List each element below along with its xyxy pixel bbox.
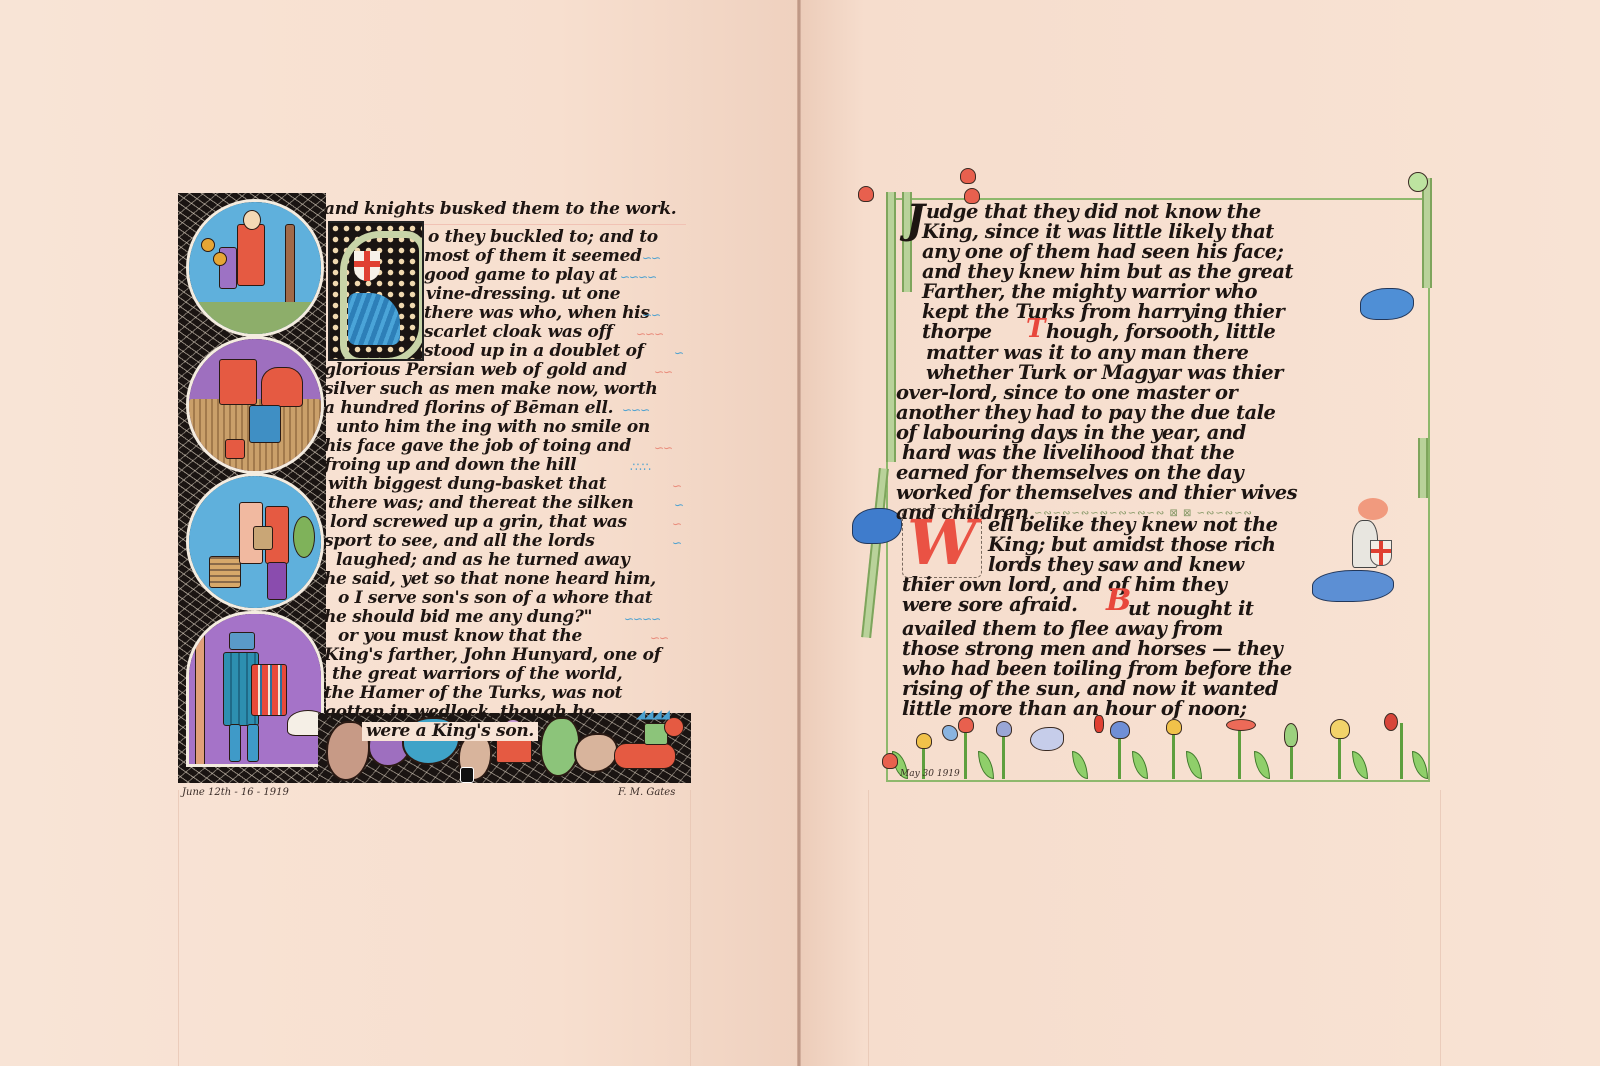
text-line: thorpe xyxy=(922,321,992,342)
yellow-pansy-icon xyxy=(916,733,932,749)
text-line: there was who, when his xyxy=(424,304,650,323)
text-line: King; but amidst those rich xyxy=(988,534,1275,555)
text-line: Farther, the mighty warrior who xyxy=(922,281,1257,302)
red-carnation-icon xyxy=(1226,719,1256,731)
blue-dragon-mount-icon xyxy=(1312,570,1394,602)
text-line: froing up and down the hill xyxy=(324,456,576,475)
text-line: whether Turk or Magyar was thier xyxy=(926,362,1283,383)
red-dragonfly-icon xyxy=(1094,715,1104,733)
line-filler-icon: ∽∽ xyxy=(654,441,672,455)
text-line: lord screwed up a grin, that was xyxy=(330,513,627,532)
green-ring-icon xyxy=(1408,172,1428,192)
text-line: those strong men and horses — they xyxy=(902,638,1282,659)
margin-rule xyxy=(1440,790,1441,1066)
red-flower-icon xyxy=(858,186,874,202)
vine-ornament xyxy=(1418,438,1428,498)
line-filler-icon: ∽∽∽∽ xyxy=(620,270,656,284)
left-signature-name: F. M. Gates xyxy=(618,787,675,798)
rubric-initial-t: T xyxy=(1026,319,1045,340)
text-line: his face gave the job of toing and xyxy=(324,437,631,456)
margin-rule xyxy=(690,790,691,1066)
text-line: matter was it to any man there xyxy=(926,342,1248,363)
yellow-tulip-icon xyxy=(1166,719,1182,735)
initial-j-stem xyxy=(886,192,896,462)
red-poppy-icon xyxy=(958,717,974,733)
text-line: the great warriors of the world, xyxy=(332,665,622,684)
text-line: ell belike they knew not the xyxy=(988,514,1278,535)
line-filler-icon: ∽ xyxy=(672,517,681,531)
text-line: thier own lord, and of him they xyxy=(902,574,1227,595)
line-filler-icon: ∽ xyxy=(674,346,683,360)
text-line: and they knew him but as the great xyxy=(922,261,1293,282)
text-line: gotten in wedlock, though he xyxy=(324,703,595,722)
line-filler-icon: ◢◢◢◢ xyxy=(636,707,669,721)
text-line: there was; and thereat the silken xyxy=(328,494,633,513)
roundel-harvest-icon xyxy=(186,473,324,611)
blue-bird-icon xyxy=(852,508,902,544)
text-line: availed them to flee away from xyxy=(902,618,1223,639)
text-line: of labouring days in the year, and xyxy=(896,422,1246,443)
yellow-iris-icon xyxy=(1330,719,1350,739)
line-filler-icon: ∴∵∴ xyxy=(630,460,650,474)
red-flower-icon xyxy=(960,168,976,184)
text-line: with biggest dung-basket that xyxy=(328,475,606,494)
page-gutter xyxy=(797,0,801,1066)
margin-rule xyxy=(868,790,869,1066)
text-line: vine-dressing. ut one xyxy=(426,285,620,304)
text-line: any one of them had seen his face; xyxy=(922,241,1283,262)
text-line: hough, forsooth, little xyxy=(1046,321,1275,342)
text-line: who had been toiling from before the xyxy=(902,658,1292,679)
text-line: kept the Turks from harrying thier xyxy=(922,301,1284,322)
text-line: worked for themselves and thier wives xyxy=(896,482,1297,503)
red-beetle-icon xyxy=(1384,713,1398,731)
text-line: rising of the sun, and now it wanted xyxy=(902,678,1278,699)
text-line: another they had to pay the due tale xyxy=(896,402,1275,423)
line-filler-icon: ∽ xyxy=(674,498,683,512)
text-line: good game to play at xyxy=(424,266,617,285)
text-line: sport to see, and all the lords xyxy=(324,532,595,551)
thistle-icon xyxy=(996,721,1012,737)
line-filler-icon: ∽ xyxy=(672,536,681,550)
vine-ornament xyxy=(861,468,889,638)
text-line: were a King's son. xyxy=(362,722,538,741)
line-filler-icon: ∽∽∽ xyxy=(636,327,663,341)
text-line: lords they saw and knew xyxy=(988,554,1244,575)
roundel-reaping-icon xyxy=(186,336,324,474)
margin-rule xyxy=(178,790,179,1066)
text-line: a hundred florins of Bēman ell. xyxy=(324,399,613,418)
right-signature-date: May 30 1919 xyxy=(900,769,960,779)
text-line: over-lord, since to one master or xyxy=(896,382,1237,403)
text-line: laughed; and as he turned away xyxy=(336,551,629,570)
plume-icon xyxy=(1358,498,1388,520)
line-filler-icon: ∽ xyxy=(672,479,681,493)
text-line: udge that they did not know the xyxy=(926,201,1261,222)
vine-ornament xyxy=(1422,178,1432,288)
text-line: scarlet cloak was off xyxy=(424,323,613,342)
text-line: and knights busked them to the work. xyxy=(324,200,676,219)
text-line: King's farther, John Hunyard, one of xyxy=(324,646,661,665)
right-illuminated-page: J udge that they did not know the King, … xyxy=(862,168,1442,788)
blue-butterfly-icon xyxy=(942,725,958,741)
line-filler-icon: ∽∽ xyxy=(642,308,660,322)
left-decorated-border xyxy=(178,193,326,783)
text-line: he said, yet so that none heard him, xyxy=(324,570,656,589)
text-line: King, since it was little likely that xyxy=(922,221,1274,242)
line-filler-icon: ∽∽ xyxy=(650,631,668,645)
blue-dragon-icon xyxy=(1360,288,1414,320)
text-line: or you must know that the xyxy=(338,627,582,646)
line-filler-icon: ∽∽ xyxy=(642,251,660,265)
white-dove-icon xyxy=(1030,727,1064,751)
left-signature-date: June 12th - 16 - 1919 xyxy=(182,787,289,798)
text-line: silver such as men make now, worth xyxy=(324,380,657,399)
rubric-initial-w: W xyxy=(907,510,977,576)
line-filler-icon: ∽∽∽ xyxy=(622,403,649,417)
small-black-square-icon xyxy=(460,767,474,783)
left-illuminated-page: and knights busked them to the work. o t… xyxy=(178,193,691,783)
roundel-digging-icon xyxy=(186,199,324,337)
pink-flower-icon xyxy=(882,753,898,769)
text-line: were sore afraid. xyxy=(902,594,1077,615)
text-line: ut nought it xyxy=(1128,598,1253,619)
text-line: the Hamer of the Turks, was not xyxy=(324,684,622,703)
green-bud-icon xyxy=(1284,723,1298,747)
text-line: earned for themselves on the day xyxy=(896,462,1243,483)
text-line: glorious Persian web of gold and xyxy=(324,361,627,380)
text-line: stood up in a doublet of xyxy=(424,342,644,361)
line-filler-icon: ∽∽∽∽ xyxy=(624,612,660,626)
text-line: o I serve son's son of a whore that xyxy=(338,589,652,608)
roundel-hunt-icon xyxy=(186,611,324,767)
flower-border xyxy=(882,713,1442,783)
text-line: o they buckled to; and to xyxy=(428,228,658,247)
text-line: most of them it seemed xyxy=(424,247,642,266)
text-line: he should bid me any dung?" xyxy=(324,608,592,627)
illuminated-initial-s-icon xyxy=(328,221,424,361)
blue-iris-icon xyxy=(1110,721,1130,739)
line-filler-icon: ∽∽ xyxy=(654,365,672,379)
text-line: unto him the ing with no smile on xyxy=(336,418,650,437)
text-line: hard was the livelihood that the xyxy=(902,442,1234,463)
